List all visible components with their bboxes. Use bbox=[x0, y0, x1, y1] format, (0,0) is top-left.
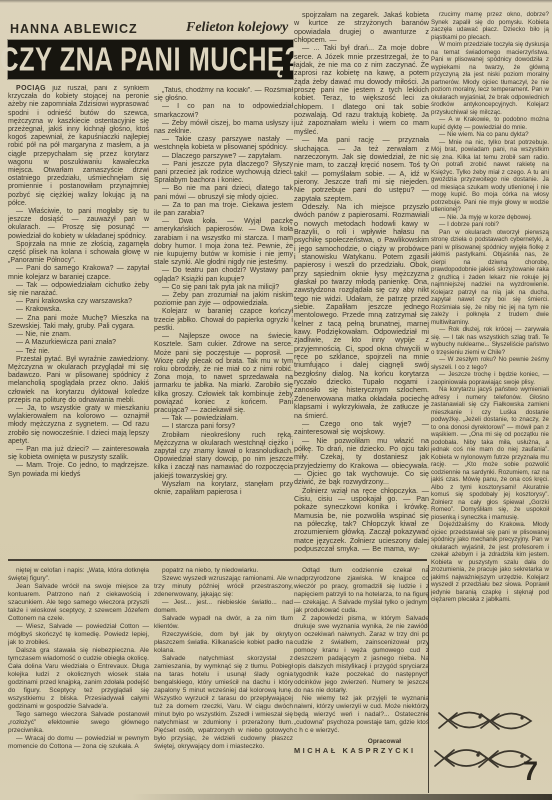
paragraph: Rzeczywiście, dom był jak by okryty płas… bbox=[154, 631, 293, 655]
paragraph: — I starcza pani forsy? bbox=[154, 423, 293, 431]
paragraph: — ... Taki był drań... Za moje dobre ser… bbox=[294, 44, 429, 136]
paragraph-list: rzucimy mamę przez okno, dobrze? Synek z… bbox=[431, 11, 549, 604]
paragraph: — Takie czasy parszywe nastały — westchn… bbox=[154, 136, 293, 152]
lead-text: już ruszał, pani z synkiem krzyczała do … bbox=[8, 85, 149, 207]
paragraph: — Żeby pan zrozumiał na jakim niskim poz… bbox=[154, 292, 293, 308]
paragraph: — Pan ma już dzieci? — zainteresowała si… bbox=[8, 446, 149, 462]
article-top-column-2: „Tatuś, chodźmy na kociaki”. — Rozśmiał … bbox=[154, 87, 293, 555]
paragraph-list: niętej w celofan i napis: „Wata, która d… bbox=[8, 567, 149, 751]
paragraph: Odtąd tłum codziennie czekał na nadprzyr… bbox=[294, 567, 429, 615]
paragraph: — Ma pani rację — przyznała słuchająca. … bbox=[294, 136, 429, 203]
paragraph: — Ja, to wszystkie graty w mieszkaniu wy… bbox=[8, 405, 149, 446]
paragraph: — Wracaj do domu — powiedział w pewnym m… bbox=[8, 735, 149, 751]
paragraph: Na korytarzu jacyś państwo wymieniali ad… bbox=[431, 386, 549, 521]
paragraph: Nie wiemy też jak przyjęli te wyznania n… bbox=[294, 695, 429, 735]
paragraph-list: popatrz na niebo, ty niedowiarku.Szewc w… bbox=[154, 567, 293, 751]
paragraph: — Tak — powiedziałam. bbox=[154, 415, 293, 423]
paragraph: — Nie pozwoliłam mu włazić na półkę. To … bbox=[294, 437, 429, 487]
paragraph: — Wiesz, Salvade — powiedział Cotton — m… bbox=[8, 623, 149, 647]
lead-paragraph: POCIĄG już ruszał, pani z synkiem krzycz… bbox=[8, 85, 149, 208]
paragraph: — Żeby mówił ciszej, bo mama usłyszy i n… bbox=[154, 120, 293, 136]
paragraph: — A Mazurkiewicza pani znała? bbox=[8, 339, 149, 347]
paragraph: niętej w celofan i napis: „Wata, która d… bbox=[8, 567, 149, 583]
paragraph: Kolejarz w baraniej czapce kończył trzec… bbox=[154, 308, 293, 333]
paragraph: Pan w okularach otworzył pierwszą stronę… bbox=[431, 229, 549, 327]
headline-box: CZY ZNA PANI MUCHĘ? bbox=[8, 40, 293, 79]
paragraph: — Też nie. bbox=[8, 348, 149, 356]
author-byline: HANNA ABLEWICZ bbox=[10, 22, 138, 36]
paragraph: Wyszłam na korytarz, stanęłam przy oknie… bbox=[154, 481, 293, 497]
signature-label: Opracował bbox=[294, 738, 429, 746]
paragraph: Odeszły. Na ich miejsce przyszło dwóch p… bbox=[294, 203, 429, 420]
paragraph: W moim przedziale toczyła się dyskusja n… bbox=[431, 41, 549, 116]
article-top-column-4: rzucimy mamę przez okno, dobrze? Synek z… bbox=[431, 11, 549, 707]
section-divider-rule bbox=[8, 559, 427, 561]
scan-edge-bottom bbox=[132, 794, 552, 800]
paragraph: — Mnie na nic, tylko brat potrzebuje. Mó… bbox=[431, 139, 549, 214]
paragraph: — Do teatru pan chodzi? Wystawy pan oglą… bbox=[154, 267, 293, 283]
paragraph: Z zapowiedzi pisma, w którym Salvade dru… bbox=[294, 615, 429, 695]
paragraph-list: Odtąd tłum codziennie czekał na nadprzyr… bbox=[294, 567, 429, 735]
paragraph: Szewc wyszedł wzruszając ramionami. Ale … bbox=[154, 575, 293, 599]
paragraph: — Pani krakowska czy warszawska? bbox=[8, 298, 149, 306]
paragraph: — Jeszcze trochę i będzie koniec, — zaop… bbox=[431, 371, 549, 386]
paragraph-list: „Tatuś, chodźmy na kociaki”. — Rozśmiał … bbox=[154, 87, 293, 497]
fish-row-1 bbox=[439, 713, 531, 730]
paragraph: — Nie. Ja myję w korze dębowej. bbox=[431, 214, 549, 222]
paragraph: — Za to pan ma troje. Ciekawa jestem ile… bbox=[154, 202, 293, 218]
article-bottom-column-2: popatrz na niebo, ty niedowiarku.Szewc w… bbox=[154, 567, 293, 795]
paragraph: — Tak — odpowiedziałam cichutko żeby się… bbox=[8, 282, 149, 298]
paragraph: Jean Salvade wrócił na swoje miejsce za … bbox=[8, 583, 149, 623]
paragraph: Żołnierz wziął na ręce chłopczyka. — Cis… bbox=[294, 487, 429, 554]
paragraph: — Właściwie, to pani mogłaby się tu jesz… bbox=[8, 208, 149, 241]
article-top-column-1: POCIĄG już ruszał, pani z synkiem krzycz… bbox=[8, 85, 149, 555]
paragraph: — Jest... jest... niebieskie światło... … bbox=[154, 599, 293, 615]
paragraph-list: — Właściwie, to pani mogłaby się tu jesz… bbox=[8, 208, 149, 479]
paragraph: — Rok dłużej, rok krócej — zarywała się.… bbox=[431, 326, 549, 356]
page-number: 7 bbox=[523, 756, 538, 787]
paragraph: Spojrzała na mnie ze złością, zagarnęła … bbox=[8, 241, 149, 266]
paragraph: — Dwa koła. — Wyjął paczkę amerykańskich… bbox=[154, 218, 293, 267]
magazine-page: HANNA ABLEWICZ Felieton kolejowy CZY ZNA… bbox=[0, 0, 552, 800]
paragraph: — Pani do samego Krakowa? — zapytał mnie… bbox=[8, 265, 149, 281]
paragraph: popatrz na niebo, ty niedowiarku. bbox=[154, 567, 293, 575]
paragraph: Przestał pytać. Był wyraźnie zawiedziony… bbox=[8, 356, 149, 405]
paragraph: Dalsza gra stawała się niebezpieczna. Al… bbox=[8, 647, 149, 711]
fish-row-2 bbox=[435, 750, 531, 767]
paragraph: Tego samego wieczora Salvade postanowił … bbox=[8, 711, 149, 735]
paragraph: — I co pan na to odpowiedział smarkaczow… bbox=[154, 103, 293, 119]
article-bottom-column-3: Odtąd tłum codziennie czekał na nadprzyr… bbox=[294, 567, 429, 795]
paragraph: — Czego ono tak wyje? — zainteresował si… bbox=[294, 420, 429, 437]
paragraph: — Bo nie ma pani dzieci, dlatego tak pan… bbox=[154, 185, 293, 201]
paragraph: — I dobrze pani robi? bbox=[431, 221, 549, 229]
paragraph: Salvade natychmiast skorzystał z zamiesz… bbox=[154, 655, 293, 751]
paragraph: Zrobiłam nieokreślony ruch ręką. Mężczyz… bbox=[154, 432, 293, 481]
paragraph: — A w Krakowie, to podobno można kupić d… bbox=[431, 116, 549, 131]
paragraph-list: spojrzałam na zegarek. Jakaś kobieta w k… bbox=[294, 11, 429, 553]
rubric-label: Felieton kolejowy bbox=[186, 20, 288, 36]
paragraph: — Najlepsze owoce na świecie. Kosztele. … bbox=[154, 333, 293, 415]
paragraph: — Pani jeszcze pyta dlaczego? Słyszy pan… bbox=[154, 161, 293, 186]
paragraph: — Zna pani może Muchę? Mieszka na Szewsk… bbox=[8, 315, 149, 331]
paragraph: — Nie, nie znam. bbox=[8, 331, 149, 339]
paragraph: „Tatuś, chodźmy na kociaki”. — Rozśmiał … bbox=[154, 87, 293, 103]
article-top-column-3: spojrzałam na zegarek. Jakaś kobieta w k… bbox=[294, 11, 429, 555]
article-bottom-column-1: niętej w celofan i napis: „Wata, która d… bbox=[8, 567, 149, 795]
paragraph: — Krakowska. bbox=[8, 306, 149, 314]
article-title: CZY ZNA PANI MUCHĘ? bbox=[0, 39, 300, 79]
paragraph: Salvade wypadł na dwór, a za nim tłum kl… bbox=[154, 615, 293, 631]
paragraph: — Mam. Troje. Co jedno, to mądrzejsze. S… bbox=[8, 462, 149, 478]
paragraph: — Dlaczego parszywe? — zapytałam. bbox=[154, 153, 293, 161]
scan-edge-top bbox=[0, 0, 552, 3]
paragraph: spojrzałam na zegarek. Jakaś kobieta w k… bbox=[294, 11, 429, 44]
paragraph: — Co się pani tak pyta jak na milicji? bbox=[154, 284, 293, 292]
signature-name: MICHAŁ KASPRZYCKI bbox=[294, 747, 429, 755]
paragraph: rzucimy mamę przez okno, dobrze? Synek z… bbox=[431, 11, 549, 41]
paragraph: — W zeszłym roku? No pewnie żeśmy słysze… bbox=[431, 356, 549, 371]
lead-word: POCIĄG bbox=[16, 85, 46, 92]
paragraph: — Nie wiem. Na co panu dykta? bbox=[431, 131, 549, 139]
paragraph: Dojeżdżaliśmy do Krakowa. Młody ojciec p… bbox=[431, 521, 549, 604]
